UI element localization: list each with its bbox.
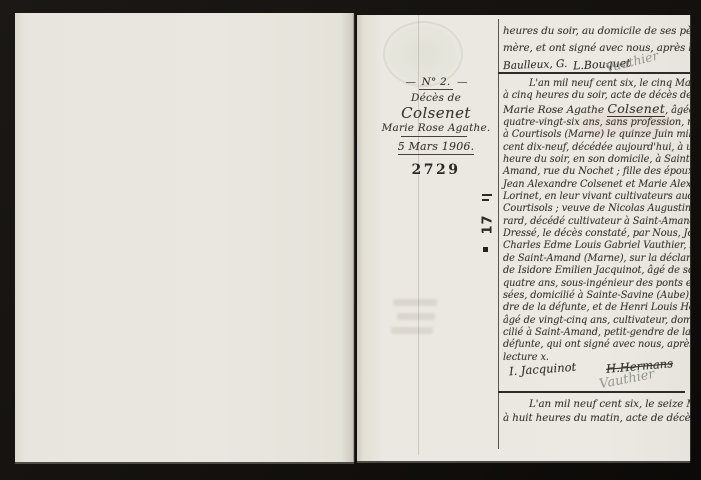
flourish-dash: — xyxy=(457,76,467,88)
deceased-surname: Colsenet xyxy=(375,104,497,122)
act-date: 5 Mars 1906. xyxy=(375,140,497,153)
stamped-register-number: 2729 xyxy=(375,162,497,178)
act-type-label: Décès de xyxy=(375,92,497,104)
handwritten-line: Charles Edme Louis Gabriel Vauthier, Mai… xyxy=(503,240,690,252)
deceased-given-names: Marie Rose Agathe. xyxy=(375,122,497,134)
handwritten-line: rard, décédé cultivateur à Saint-Amand. xyxy=(503,216,690,228)
handwritten-line: de Saint-Amand (Marne), sur la déclarati… xyxy=(503,253,690,265)
handwritten-line: âgé de vingt-cinq ans, cultivateur, domi… xyxy=(503,315,690,327)
handwritten-line: L'an mil neuf cent six, le cinq Mars xyxy=(503,78,690,90)
next-act-beginning: L'an mil neuf cent six, le seize Mars,à … xyxy=(503,398,690,425)
act-continuation-lines: quatre-vingt-six ans, sans profession, n… xyxy=(503,117,690,364)
handwritten-line: Amand, rue du Nochet ; fille des époux d… xyxy=(503,166,690,178)
register-scan-spread: — N° 2. — Décès de Colsenet Marie Rose A… xyxy=(0,0,701,480)
handwritten-line: Dressé, le décès constaté, par Nous, Jos… xyxy=(503,228,690,240)
handwritten-line: sées, domicilié à Sainte-Savine (Aube), … xyxy=(503,290,690,302)
previous-act-ending: heures du soir, au domicile de ses père … xyxy=(503,23,690,56)
handwritten-line: de Isidore Emilien Jacquinot, âgé de soi… xyxy=(503,265,690,277)
margin-separator-line xyxy=(401,136,467,137)
left-blank-page xyxy=(15,13,354,462)
handwritten-line: à huit heures du matin, acte de décès de xyxy=(503,412,690,426)
act-separator-rule xyxy=(498,391,685,393)
act-number: — N° 2. — xyxy=(375,76,497,88)
handwritten-line: à Courtisols (Marne) le quinze Juin mil … xyxy=(503,129,690,141)
ink-bleed-through xyxy=(397,313,435,320)
act-separator-rule xyxy=(498,72,690,74)
handwritten-line: L'an mil neuf cent six, le seize Mars, xyxy=(503,398,690,412)
death-act-body: L'an mil neuf cent six, le cinq Marsà ci… xyxy=(503,78,690,364)
handwritten-line: mère, et ont signé avec nous, après lect… xyxy=(503,40,690,57)
act-opening-lines: L'an mil neuf cent six, le cinq Marsà ci… xyxy=(503,78,690,103)
flourish-dash: — xyxy=(406,76,416,88)
handwritten-line: heure du soir, en son domicile, à Saint- xyxy=(503,154,690,166)
ink-bleed-through xyxy=(391,327,433,334)
handwritten-line: cent dix-neuf, décédée aujourd'hui, à un… xyxy=(503,142,690,154)
signature-baulleux: Baulleux, G. xyxy=(503,58,568,72)
handwritten-line: défunte, qui ont signé avec nous, après xyxy=(503,339,690,351)
folio-tick-mark xyxy=(482,199,489,201)
handwritten-line: quatre ans, sous-ingénieur des ponts et … xyxy=(503,278,690,290)
name-line-prefix: Marie Rose Agathe xyxy=(503,104,607,116)
handwritten-line: heures du soir, au domicile de ses père … xyxy=(503,23,690,40)
deceased-name-line: Marie Rose Agathe Colsenet, âgée de xyxy=(503,103,690,117)
folio-number: 17 xyxy=(481,210,496,240)
handwritten-line: Lorinet, en leur vivant cultivateurs aud… xyxy=(503,191,690,203)
handwritten-line: Jean Alexandre Colsenet et Marie Alexes xyxy=(503,179,690,191)
folio-dot-mark xyxy=(483,247,488,252)
handwritten-line: Courtisols ; veuve de Nicolas Augustin H… xyxy=(503,203,690,215)
ink-bleed-through xyxy=(393,299,437,306)
handwritten-line: quatre-vingt-six ans, sans profession, n… xyxy=(503,117,690,129)
name-line-suffix: , âgée de xyxy=(665,105,690,116)
handwritten-line: dre de la défunte, et de Henri Louis Her… xyxy=(503,302,690,314)
right-register-page: — N° 2. — Décès de Colsenet Marie Rose A… xyxy=(357,15,690,461)
handwritten-line: cilié à Saint-Amand, petit-gendre de la xyxy=(503,327,690,339)
deceased-surname-emphasis: Colsenet xyxy=(607,101,665,117)
folio-tick-mark xyxy=(482,194,492,196)
